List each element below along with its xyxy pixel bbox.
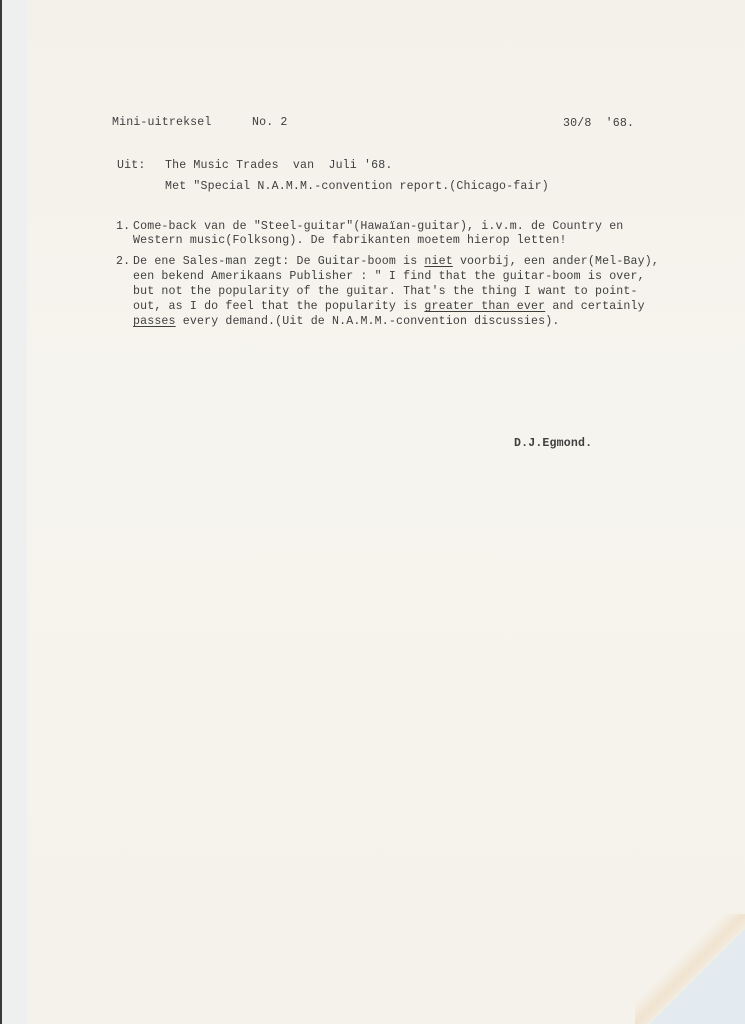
document-title: Mini-uitreksel [112,115,212,130]
underlined-text: greater than ever [424,300,545,313]
text: out, as I do feel that the popularity is [133,300,424,313]
folded-corner [635,914,745,1024]
item-2-line-4: out, as I do feel that the popularity is… [133,299,645,314]
item-1-number: 1. [116,219,130,234]
item-2-line-5: passes every demand.(Uit de N.A.M.M.-con… [133,314,559,329]
item-2-line-2: een bekend Amerikaans Publisher : " I fi… [133,269,645,284]
text: voorbij, een ander(Mel-Bay), [453,255,659,268]
item-1-line-2: Western music(Folksong). De fabrikanten … [133,233,567,248]
underlined-text: passes [133,315,176,328]
item-2-line-1: De ene Sales-man zegt: De Guitar-boom is… [133,254,659,269]
typed-page [27,0,745,1024]
underlined-text: niet [424,255,452,268]
item-1-line-1: Come-back van de "Steel-guitar"(Hawaïan-… [133,219,623,234]
signature: D.J.Egmond. [514,436,592,451]
document-number: No. 2 [252,115,288,130]
item-2-line-3: but not the popularity of the guitar. Th… [133,284,638,299]
source-line-2: Met "Special N.A.M.M.-convention report.… [165,179,549,194]
source-label: Uit: [117,158,145,173]
item-2-number: 2. [116,254,130,269]
text: and certainly [545,300,645,313]
text: every demand.(Uit de N.A.M.M.-convention… [176,315,560,328]
text: De ene Sales-man zegt: De Guitar-boom is [133,255,424,268]
scan-margin [2,0,28,1024]
source-line-1: The Music Trades van Juli '68. [165,158,392,173]
document-date: 30/8 '68. [563,116,634,131]
